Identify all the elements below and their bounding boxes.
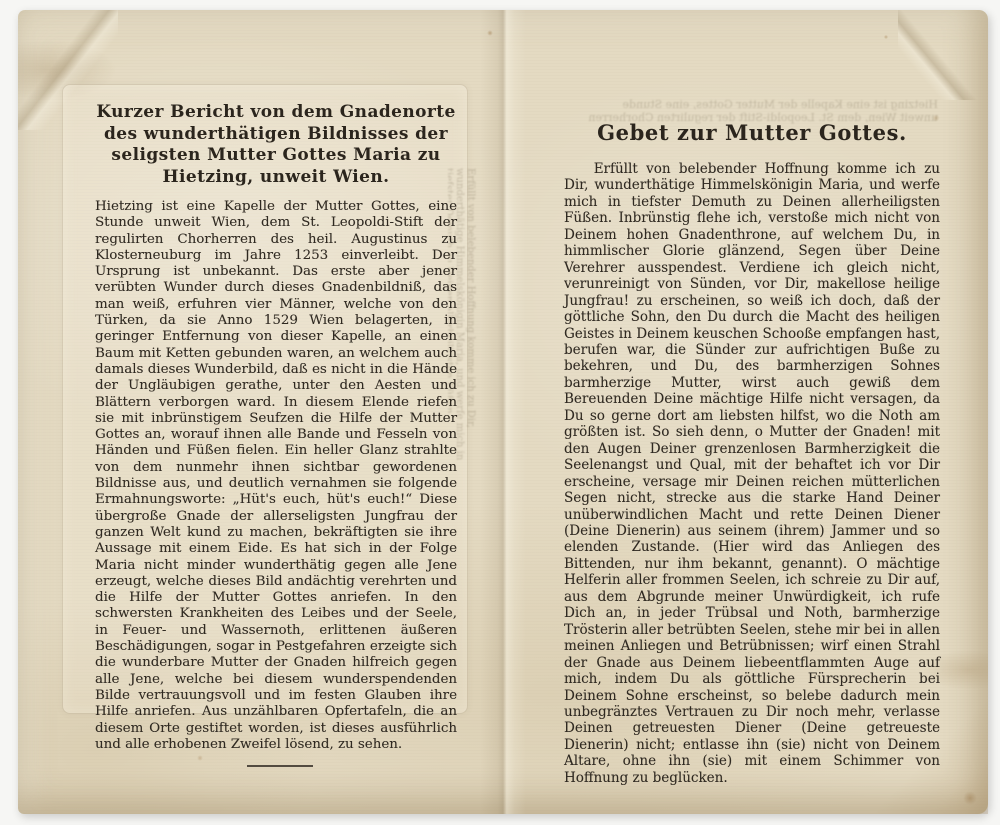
pamphlet-sheet: Erfüllt von belebender Hoffnung komme ic… [18, 10, 988, 814]
right-page: Gebet zur Mutter Gottes. Erfüllt von bel… [564, 120, 940, 786]
right-page-body-text: Erfüllt von belebender Hoffnung komme ic… [564, 161, 940, 786]
left-page-body-text: Hietzing ist eine Kapelle der Mutter Got… [95, 199, 457, 753]
left-page: Kurzer Bericht von dem Gnadenorte des wu… [95, 102, 457, 767]
center-fold-crease [480, 10, 526, 814]
end-separator-rule [247, 765, 313, 767]
corner-crease-top-right [898, 10, 988, 100]
left-page-title: Kurzer Bericht von dem Gnadenorte des wu… [95, 102, 457, 188]
right-page-title: Gebet zur Mutter Gottes. [564, 120, 940, 146]
